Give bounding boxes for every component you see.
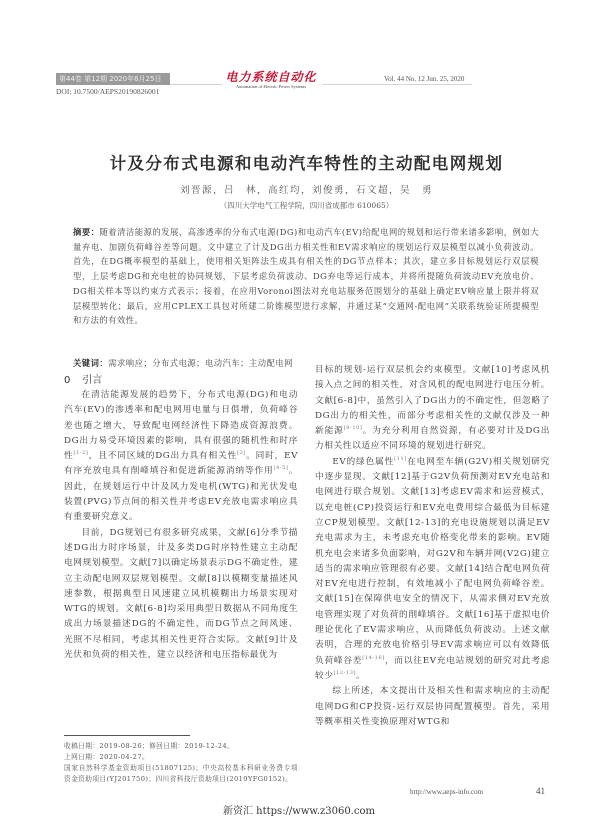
affiliation: （四川大学电气工程学院，四川省成都市 610065） bbox=[0, 200, 613, 211]
journal-name-en: Automation of Electric Power Systems bbox=[222, 84, 320, 90]
abstract-label: 摘要： bbox=[73, 227, 99, 237]
text: EV的绿色属性 bbox=[332, 457, 394, 467]
citation: [11] bbox=[394, 456, 407, 462]
footer-url[interactable]: http://www.aeps-info.com bbox=[410, 788, 483, 796]
header-rule-left bbox=[170, 84, 222, 85]
volume-info: Vol. 44 No. 12 Jun. 25, 2020 bbox=[384, 75, 464, 83]
footnote-online: 上网日期：2020-04-27。 bbox=[64, 752, 298, 763]
footnotes: 收稿日期：2019-08-26；修回日期：2019-12-24。 上网日期：20… bbox=[64, 741, 298, 785]
text: ，且不同区域的DG出力具有相关性 bbox=[88, 451, 237, 461]
section-number: 0 bbox=[64, 375, 70, 386]
keywords-text: 需求响应；分布式电源；电动汽车；主动配电网 bbox=[108, 358, 293, 368]
abstract-text: 随着清洁能源的发展，高渗透率的分布式电源(DG)和电动汽车(EV)给配电网的规划… bbox=[73, 227, 539, 325]
citation: [14-16] bbox=[362, 655, 385, 661]
citation: [1-2] bbox=[74, 450, 89, 456]
paragraph: 在清洁能源发展的趋势下，分布式电源(DG)和电动汽车(EV)的渗透率和配电网用电… bbox=[64, 388, 298, 526]
watermark: 新资汇 https://www.z3060.com bbox=[223, 802, 375, 817]
citation: [3] bbox=[237, 450, 246, 456]
paragraph: EV的绿色属性[11]在电网至车辆(G2V)相关规划研究中逐步显现。文献[12]… bbox=[315, 455, 550, 684]
text: 。 bbox=[356, 671, 365, 681]
section-heading: 0引言 bbox=[64, 371, 102, 386]
citation: [4-5] bbox=[274, 465, 289, 471]
paper-title: 计及分布式电源和电动汽车特性的主动配电网规划 bbox=[0, 150, 613, 174]
right-column: 目标的规划-运行双层机会约束模型。文献[10]考虑风机接入点之间的相关性，对含风… bbox=[315, 363, 550, 730]
citation: [12-13] bbox=[334, 670, 357, 676]
left-column: 在清洁能源发展的趋势下，分布式电源(DG)和电动汽车(EV)的渗透率和配电网用电… bbox=[64, 388, 298, 663]
footnote-divider bbox=[64, 735, 190, 736]
keywords-label: 关键词： bbox=[73, 358, 108, 368]
issue-label: 第44卷 第12期 2020年6月25日 bbox=[56, 73, 170, 85]
journal-header: 第44卷 第12期 2020年6月25日 电力系统自动化 Automation … bbox=[0, 0, 613, 100]
paragraph: 目标的规划-运行双层机会约束模型。文献[10]考虑风机接入点之间的相关性，对含风… bbox=[315, 363, 550, 455]
citation: [9-10] bbox=[344, 425, 363, 431]
footnote-funding: 国家自然科学基金资助项目(51807125)；中央高校基本科研业务费专项资金资助… bbox=[64, 763, 298, 785]
header-rule-right bbox=[322, 84, 472, 85]
journal-name-cn: 电力系统自动化 bbox=[222, 71, 320, 84]
paragraph: 目前，DG规划已有很多研究成果，文献[6]分季节描述DG出力时序场景，计及多类D… bbox=[64, 526, 298, 664]
journal-logo: 电力系统自动化 Automation of Electric Power Sys… bbox=[222, 71, 320, 90]
authors: 刘晋源，吕 林，高红均，刘俊勇，石文超，吴 勇 bbox=[0, 182, 613, 196]
section-title: 引言 bbox=[82, 375, 102, 386]
text: 在电网至车辆(G2V)相关规划研究中逐步显现。文献[12]基于G2V负荷预测对E… bbox=[315, 457, 550, 666]
footnote-received: 收稿日期：2019-08-26；修回日期：2019-12-24。 bbox=[64, 741, 298, 752]
abstract: 摘要：随着清洁能源的发展，高渗透率的分布式电源(DG)和电动汽车(EV)给配电网… bbox=[73, 225, 539, 328]
page-number: 41 bbox=[536, 786, 545, 796]
doi: DOI: 10.7500/AEPS20190826001 bbox=[56, 87, 159, 96]
paragraph: 综上所述，本文提出计及相关性和需求响应的主动配电网DG和CP投资-运行双层协同配… bbox=[315, 684, 550, 730]
